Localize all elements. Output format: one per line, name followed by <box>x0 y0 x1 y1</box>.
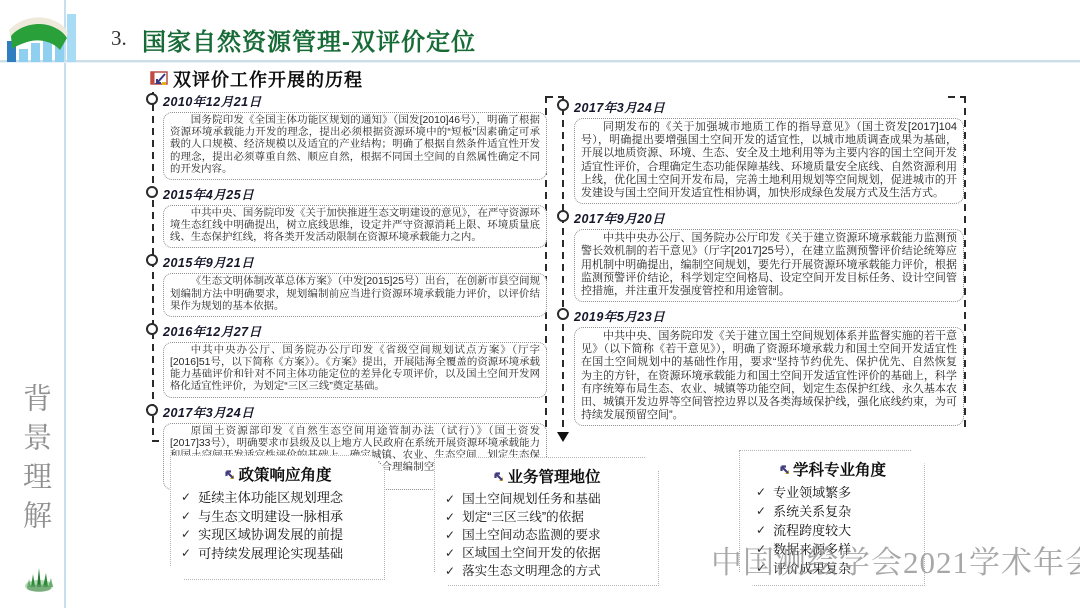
timeline-entry: 2019年5月23日 中共中央、国务院印发《关于建立国土空间规划体系并监督实施的… <box>574 307 964 426</box>
timeline-column-left: 2010年12月21日 国务院印发《全国主体功能区规划的通知》（国发[2010]… <box>163 92 547 495</box>
check-list-item: ✓ 可持续发展理论实现基础 <box>181 545 378 563</box>
timeline-entry: 2015年9月21日 《生态文明体制改革总体方案》（中发[2015]25号）出台… <box>163 253 547 317</box>
page-title: 国家自然资源管理-双评价定位 <box>142 22 476 57</box>
slide-logo <box>5 8 103 62</box>
sidebar-vertical-label: 背景理解 <box>15 383 56 539</box>
check-list: ✓ 国土空间规划任务和基础 ✓ 划定“三区三线”的依据 ✓ 国土空间动态监测的要… <box>435 491 658 580</box>
summary-box-title: 政策响应角度 <box>171 463 384 485</box>
timeline-entry: 2015年4月25日 中共中央、国务院印发《关于加快推进生态文明建设的意见》，在… <box>163 185 547 249</box>
check-list: ✓ 延续主体功能区规划理念 ✓ 与生态文明建设一脉相承 ✓ 实现区域协调发展的前… <box>171 489 384 562</box>
check-list-item: ✓ 划定“三区三线”的依据 <box>445 509 652 526</box>
timeline-date: 2016年12月27日 <box>163 322 547 340</box>
check-icon: ✓ <box>181 489 191 506</box>
check-icon: ✓ <box>445 509 455 526</box>
summary-box-policy: 政策响应角度 ✓ 延续主体功能区规划理念 ✓ 与生态文明建设一脉相承 ✓ 实现区… <box>170 455 385 580</box>
check-list-item: ✓ 系统关系复杂 <box>756 503 918 521</box>
timeline-date: 2015年9月21日 <box>163 253 547 271</box>
watermark-text: 中国测绘学会2021学术年会 <box>711 537 1080 582</box>
section-header: 双评价工作开展的历程 <box>150 66 363 92</box>
summary-box-business: 业务管理地位 ✓ 国土空间规划任务和基础 ✓ 划定“三区三线”的依据 ✓ 国土空… <box>434 457 659 586</box>
slide-number: 3. <box>111 26 127 51</box>
timeline-entry-text: 中共中央、国务院印发《关于加快推进生态文明建设的意见》，在严守资源环境生态红线中… <box>163 205 547 249</box>
timeline-spine-right <box>562 96 564 434</box>
timeline-column-right: 2017年3月24日 同期发布的《关于加强城市地质工作的指导意见》（国土资发[2… <box>574 98 964 431</box>
timeline-date: 2019年5月23日 <box>574 307 964 325</box>
timeline-entry-text: 《生态文明体制改革总体方案》（中发[2015]25号）出台，在创新市县空间规划编… <box>163 273 547 317</box>
timeline-entry: 2017年9月20日 中共中央办公厅、国务院办公厅印发《关于建立资源环境承载能力… <box>574 209 964 302</box>
check-icon: ✓ <box>756 503 766 520</box>
timeline-entry-text: 国务院印发《全国主体功能区规划的通知》（国发[2010]46号），明确了根据资源… <box>163 112 547 180</box>
window-arrow-icon <box>150 71 170 88</box>
check-icon: ✓ <box>181 526 191 543</box>
check-list-item: ✓ 专业领域繁多 <box>756 484 918 502</box>
timeline-date: 2017年3月24日 <box>163 403 547 421</box>
plant-logo-icon <box>21 560 57 594</box>
timeline-entry-text: 中共中央办公厅、国务院办公厅印发《关于建立资源环境承载能力监测预警长效机制的若干… <box>574 229 964 302</box>
arrow-marker-icon <box>223 468 236 481</box>
timeline-date: 2015年4月25日 <box>163 185 547 203</box>
check-icon: ✓ <box>181 508 191 525</box>
timeline-entry-text: 中共中央、国务院印发《关于建立国土空间规划体系并监督实施的若干意见》（以下简称《… <box>574 327 964 426</box>
check-list-item: ✓ 延续主体功能区规划理念 <box>181 489 378 507</box>
check-list-item: ✓ 实现区域协调发展的前提 <box>181 526 378 544</box>
check-icon: ✓ <box>181 545 191 562</box>
timeline-entry-text: 同期发布的《关于加强城市地质工作的指导意见》（国土资发[2017]104号），明… <box>574 118 964 204</box>
flag-icon <box>7 12 73 52</box>
timeline-entry: 2010年12月21日 国务院印发《全国主体功能区规划的通知》（国发[2010]… <box>163 92 547 180</box>
summary-box-title: 业务管理地位 <box>435 465 658 487</box>
check-list-item: ✓ 与生态文明建设一脉相承 <box>181 508 378 526</box>
timeline-date: 2010年12月21日 <box>163 92 547 110</box>
timeline-entry: 2016年12月27日 中共中央办公厅、国务院办公厅印发《省级空间规划试点方案》… <box>163 322 547 398</box>
summary-box-title-text: 业务管理地位 <box>507 465 600 487</box>
check-icon: ✓ <box>445 527 455 544</box>
check-list-item: ✓ 国土空间动态监测的要求 <box>445 527 652 544</box>
timeline-spine-left <box>152 92 154 440</box>
check-list-item: ✓ 落实生态文明理念的方式 <box>445 563 652 580</box>
check-icon: ✓ <box>445 545 455 562</box>
timeline-date: 2017年9月20日 <box>574 209 964 227</box>
timeline-entry-text: 中共中央办公厅、国务院办公厅印发《省级空间规划试点方案》（厅字[2016]51号… <box>163 342 547 398</box>
summary-box-title-text: 政策响应角度 <box>238 463 331 485</box>
timeline-arrow-down-icon <box>557 432 569 442</box>
check-list-item: ✓ 国土空间规划任务和基础 <box>445 491 652 508</box>
arrow-marker-icon <box>778 463 791 476</box>
check-icon: ✓ <box>445 491 455 508</box>
left-accent-line <box>64 0 66 608</box>
timeline-entry: 2017年3月24日 同期发布的《关于加强城市地质工作的指导意见》（国土资发[2… <box>574 98 964 204</box>
summary-box-title: 学科专业角度 <box>740 458 924 480</box>
check-icon: ✓ <box>756 484 766 501</box>
summary-box-title-text: 学科专业角度 <box>793 458 886 480</box>
check-icon: ✓ <box>445 563 455 580</box>
arrow-marker-icon <box>492 470 505 483</box>
section-title: 双评价工作开展的历程 <box>173 66 363 92</box>
check-list-item: ✓ 区域国土空间开发的依据 <box>445 545 652 562</box>
timeline-right-column-border <box>964 96 966 432</box>
timeline-date: 2017年3月24日 <box>574 98 964 116</box>
header-divider-line <box>0 60 1080 62</box>
